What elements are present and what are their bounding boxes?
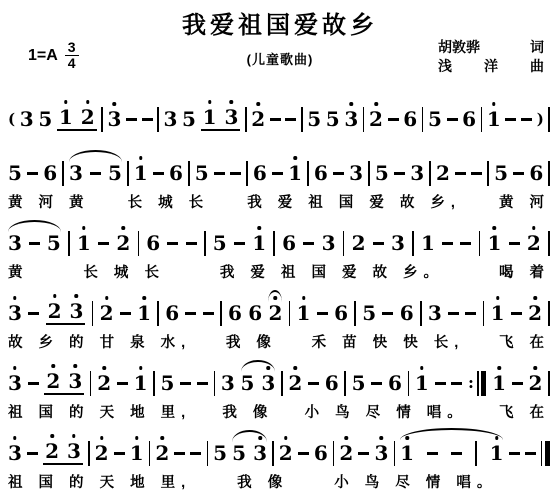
octave-dot <box>105 296 109 300</box>
barline <box>483 301 485 326</box>
note: 1 <box>134 373 148 393</box>
repeat-barline-thick <box>481 371 486 396</box>
note-number: 5 <box>182 107 196 131</box>
octave-dot <box>72 434 76 438</box>
octave-dot <box>496 296 500 300</box>
note-number: 2 <box>45 439 59 463</box>
octave-dot <box>350 102 354 106</box>
note: 1 <box>491 303 505 323</box>
repeat-barline-thin <box>477 371 479 396</box>
lyrics-segment: 喝 着 <box>499 261 550 282</box>
score-line-5: 32321535326561:12 祖 国 的 天 地 里,我 像小 鸟 尽 情… <box>8 358 550 422</box>
note: 3 <box>20 109 34 129</box>
barline <box>62 161 64 186</box>
note: 3 <box>322 233 336 253</box>
octave-dot <box>374 102 378 106</box>
duration-dash <box>442 242 453 245</box>
note-number: 5 <box>213 231 227 255</box>
note: 1 <box>490 443 504 463</box>
lyricist-row: 胡敦骅 词 <box>438 38 544 57</box>
note: 3 <box>410 163 424 183</box>
note: 1 <box>137 303 151 323</box>
octave-dot <box>230 100 234 104</box>
note-number: 1 <box>203 105 217 129</box>
duration-dash <box>298 452 309 455</box>
note: 5 <box>494 163 508 183</box>
note: 5 <box>108 163 122 183</box>
note: 2 <box>97 373 111 393</box>
note: 2 <box>95 443 109 463</box>
note: 1 <box>492 373 506 393</box>
lyrics-row: 黄长 城 长我 爱 祖 国 爱 故 乡。喝 着 <box>8 261 550 282</box>
duration-dash <box>234 242 245 245</box>
lyrics-segment: 我 爱 祖 国 爱 故 乡。 <box>220 261 444 282</box>
note: 5 <box>213 443 227 463</box>
barline <box>138 231 140 256</box>
note-number: 6 <box>400 301 414 325</box>
note: 1 <box>134 163 148 183</box>
barline <box>301 107 303 132</box>
barline <box>475 441 477 466</box>
repeat-dots: : <box>468 375 474 391</box>
barline <box>548 161 550 186</box>
barline <box>153 371 155 396</box>
duration-dash <box>455 172 466 175</box>
note-number: 3 <box>253 441 267 465</box>
octave-dot <box>13 436 17 440</box>
note-number: 3 <box>221 371 235 395</box>
note-number: 5 <box>108 161 122 185</box>
note: 6 <box>314 443 328 463</box>
note: 5 <box>307 109 321 129</box>
note: 5 <box>160 373 174 393</box>
lyrics-segment: 祖 国 的 天 地 里, <box>8 471 191 492</box>
note: 5 <box>326 109 340 129</box>
lyrics-segment: 黄 <box>8 261 29 282</box>
barline <box>548 231 550 256</box>
score-line-3: 35126516323112 黄长 城 长我 爱 祖 国 爱 故 乡。喝 着 <box>8 218 550 282</box>
slur-group: 53 <box>232 443 267 463</box>
note: 1 <box>421 233 435 253</box>
barline <box>281 371 283 396</box>
duration-dash <box>230 172 241 175</box>
note-number: 2 <box>436 161 450 185</box>
note-number: 2 <box>527 231 541 255</box>
note-number: 2 <box>528 301 542 325</box>
note: 6 <box>400 303 414 323</box>
note: 3 <box>70 301 84 321</box>
octave-dot <box>52 364 56 368</box>
notes-row: 323212553262311 <box>8 428 550 466</box>
note-number: 1 <box>491 301 505 325</box>
note: 2 <box>288 373 302 393</box>
note-number: 6 <box>43 161 57 185</box>
lyrics-segment: 我 像 <box>222 401 273 422</box>
note-number: 6 <box>462 107 476 131</box>
note: 1 <box>288 163 302 183</box>
note-number: 2 <box>81 105 95 129</box>
barline <box>487 161 489 186</box>
octave-dot <box>139 366 143 370</box>
duration-dash <box>509 452 520 455</box>
note-number: 3 <box>322 231 336 255</box>
note-number: 1 <box>288 161 302 185</box>
note-number: 6 <box>146 231 160 255</box>
note-number: 3 <box>8 441 22 465</box>
barline <box>92 301 94 326</box>
lyrics-segment: 我 像 <box>226 331 277 352</box>
octave-dot <box>284 436 288 440</box>
note-number: 2 <box>268 301 282 325</box>
note: 6 <box>169 163 183 183</box>
octave-dot <box>50 434 54 438</box>
note-number: 1 <box>421 231 435 255</box>
note: 6 <box>403 109 417 129</box>
lyrics-segment: 飞 在 <box>499 331 550 352</box>
beam-group: 12 <box>57 107 97 131</box>
octave-dot <box>267 366 271 370</box>
duration-dash <box>394 172 405 175</box>
duration-dash <box>197 382 208 385</box>
note: 5 <box>38 109 52 129</box>
note-number: 3 <box>8 301 22 325</box>
octave-dot <box>64 100 68 104</box>
note: 2 <box>369 109 383 129</box>
final-barline-thin <box>541 441 543 466</box>
duration-dash <box>471 172 482 175</box>
note: 5 <box>195 163 209 183</box>
octave-dot <box>135 436 139 440</box>
octave-dot <box>75 294 79 298</box>
parenthesis: ( <box>8 112 15 127</box>
duration-dash <box>90 172 101 175</box>
note-number: 2 <box>369 107 383 131</box>
octave-dot <box>113 102 117 106</box>
octave-dot <box>100 436 104 440</box>
duration-dash <box>153 172 164 175</box>
duration-dash <box>285 118 296 121</box>
beam-group: 23 <box>44 371 84 395</box>
note: 1 <box>297 303 311 323</box>
duration-dash <box>505 118 516 121</box>
composer-name-2: 洋 <box>484 57 498 76</box>
note-number: 5 <box>160 371 174 395</box>
note: 3 <box>108 109 122 129</box>
duration-dash <box>333 172 344 175</box>
duration-dash <box>521 118 532 121</box>
octave-dot <box>493 226 497 230</box>
note: 6 <box>228 303 242 323</box>
duration-dash <box>512 382 523 385</box>
composer-name-1: 浅 <box>438 57 452 76</box>
lyrics-row: 祖 国 的 天 地 里,我 像小 鸟 尽 情 唱。 <box>8 471 550 492</box>
note: 6 <box>146 233 160 253</box>
barline <box>548 371 550 396</box>
note-number: 1 <box>490 441 504 465</box>
note: 2 <box>116 233 130 253</box>
lyrics-segment: 我 爱 祖 国 爱 故 乡, <box>247 191 461 212</box>
barline <box>127 161 129 186</box>
note: 5 <box>375 163 389 183</box>
note-number: 1 <box>415 371 429 395</box>
note-number: 5 <box>47 231 61 255</box>
barline <box>289 301 291 326</box>
note-number: 1 <box>492 371 506 395</box>
duration-dash <box>180 382 191 385</box>
octave-dot <box>380 436 384 440</box>
duration-dash <box>142 118 153 121</box>
note-number: 3 <box>67 439 81 463</box>
duration-dash <box>513 172 524 175</box>
lyrics-row: 故 乡 的 甘 泉 水,我 像禾 苗 快 快 长,飞 在 <box>8 331 550 352</box>
note-number: 6 <box>403 107 417 131</box>
duration-dash <box>114 452 125 455</box>
note-number: 3 <box>108 107 122 131</box>
barline <box>420 301 422 326</box>
note-number: 3 <box>8 231 22 255</box>
note-number: 3 <box>163 107 177 131</box>
note-number: 5 <box>307 107 321 131</box>
duration-dash <box>358 452 369 455</box>
note: 3 <box>68 371 82 391</box>
octave-dot <box>142 296 146 300</box>
duration-dash <box>174 452 185 455</box>
octave-dot <box>102 366 106 370</box>
note-number: 1 <box>252 231 266 255</box>
duration-dash <box>435 382 446 385</box>
note: 3 <box>69 163 83 183</box>
octave-dot <box>345 436 349 440</box>
note: 3 <box>344 109 358 129</box>
note-number: 6 <box>314 161 328 185</box>
note: 5 <box>352 373 366 393</box>
notes-row: 35126516323112 <box>8 218 550 256</box>
note-number: 2 <box>279 441 293 465</box>
note-number: 1 <box>134 371 148 395</box>
barline <box>68 231 70 256</box>
note: 2 <box>268 303 282 323</box>
barline <box>207 441 209 466</box>
duration-dash <box>203 312 214 315</box>
note: 2 <box>100 303 114 323</box>
note: 5 <box>241 373 255 393</box>
octave-dot <box>293 156 297 160</box>
barline <box>149 441 151 466</box>
note-number: 3 <box>261 371 275 395</box>
note: 5 <box>8 163 22 183</box>
note: 6 <box>462 109 476 129</box>
duration-dash <box>371 382 382 385</box>
note: 2 <box>155 443 169 463</box>
note: 6 <box>529 163 543 183</box>
duration-dash <box>186 242 197 245</box>
note: 3 <box>8 303 22 323</box>
barline <box>88 441 90 466</box>
note-number: 3 <box>344 107 358 131</box>
note-number: 1 <box>297 301 311 325</box>
note: 5 <box>428 109 442 129</box>
note-number: 2 <box>46 369 60 393</box>
note-number: 5 <box>232 441 246 465</box>
note-number: 6 <box>228 301 242 325</box>
duration-dash <box>509 242 520 245</box>
score-line-4: 3232166621656312 故 乡 的 甘 泉 水,我 像禾 苗 快 快 … <box>8 288 550 352</box>
sheet-music-page: { "header": { "title": "我爱祖国爱故乡", "key_l… <box>0 0 560 497</box>
note-number: 2 <box>95 441 109 465</box>
octave-dot <box>420 366 424 370</box>
note: 1 <box>203 107 217 127</box>
barline <box>307 161 309 186</box>
note-number: 5 <box>352 371 366 395</box>
octave-dot <box>274 296 278 300</box>
duration-dash <box>465 312 476 315</box>
barline <box>548 107 550 132</box>
note: 3 <box>221 373 235 393</box>
barline <box>245 107 247 132</box>
lyrics-segment: 祖 国 的 天 地 里, <box>8 401 191 422</box>
note-number: 6 <box>253 161 267 185</box>
octave-dot <box>161 436 165 440</box>
barline <box>90 371 92 396</box>
duration-dash <box>451 382 462 385</box>
repeat-barline: : <box>468 371 486 396</box>
note-number: 3 <box>68 369 82 393</box>
score-line-6: 323212553262311 祖 国 的 天 地 里,我 像小 鸟 尽 情 唱… <box>8 428 550 492</box>
duration-dash <box>448 312 459 315</box>
note: 2 <box>436 163 450 183</box>
beam-group: 23 <box>43 441 83 465</box>
note: 1 <box>59 107 73 127</box>
duration-dash <box>525 452 536 455</box>
barline <box>204 231 206 256</box>
duration-dash <box>388 118 399 121</box>
note: 2 <box>339 443 353 463</box>
note-number: 3 <box>225 105 239 129</box>
lyrics-segment: 黄 河 <box>499 191 550 212</box>
duration-dash <box>270 118 281 121</box>
lyrics-segment: 黄 河 黄 <box>8 191 90 212</box>
barline <box>157 301 159 326</box>
lyrics-segment: 禾 苗 快 快 长, <box>312 331 465 352</box>
note-number: 6 <box>282 231 296 255</box>
duration-dash <box>167 242 178 245</box>
lyrics-row: 黄 河 黄长 城 长我 爱 祖 国 爱 故 乡,黄 河 <box>8 191 550 212</box>
note-number: 5 <box>326 107 340 131</box>
octave-dot <box>258 436 262 440</box>
note-number: 1 <box>487 107 501 131</box>
note-number: 3 <box>410 161 424 185</box>
octave-dot <box>53 294 57 298</box>
note-number: 5 <box>494 161 508 185</box>
note-number: 3 <box>375 441 389 465</box>
notes-row: 32321535326561:12 <box>8 358 550 396</box>
note: 5 <box>213 233 227 253</box>
beam-group: 13 <box>201 107 241 131</box>
note: 2 <box>352 233 366 253</box>
octave-dot <box>82 226 86 230</box>
score-line-1: (351233513255326561) <box>8 94 550 132</box>
note-number: 3 <box>70 299 84 323</box>
note: 5 <box>362 303 376 323</box>
octave-dot <box>13 366 17 370</box>
note: 1 <box>77 233 91 253</box>
notes-row: 5635165616353256 <box>8 148 550 186</box>
lyrics-segment: 小 鸟 尽 情 唱。 <box>334 471 497 492</box>
composer-row: 浅 洋 曲 <box>438 57 544 76</box>
note: 6 <box>165 303 179 323</box>
barline <box>343 231 345 256</box>
note-number: 6 <box>314 441 328 465</box>
barline <box>412 231 414 256</box>
composer-role: 曲 <box>530 57 544 76</box>
note: 1 <box>487 233 501 253</box>
note-number: 1 <box>59 105 73 129</box>
note-number: 5 <box>195 161 209 185</box>
note-number: 5 <box>38 107 52 131</box>
note-number: 3 <box>8 371 22 395</box>
notes-row: (351233513255326561) <box>8 94 550 132</box>
duration-dash <box>98 242 109 245</box>
note: 5 <box>182 109 196 129</box>
lyrics-row: 祖 国 的 天 地 里,我 像小 鸟 尽 情 唱。飞 在 <box>8 401 550 422</box>
note: 2 <box>279 443 293 463</box>
duration-dash <box>308 382 319 385</box>
barline <box>101 107 103 132</box>
note-number: 2 <box>352 231 366 255</box>
barline <box>157 107 159 132</box>
note-number: 2 <box>116 231 130 255</box>
lyricist-role: 词 <box>530 38 544 57</box>
duration-dash <box>27 172 38 175</box>
barline <box>333 441 335 466</box>
song-title: 我爱祖国爱故乡 <box>0 5 560 40</box>
octave-dot <box>497 366 501 370</box>
slur-group: 35 <box>8 233 61 253</box>
lyrics-segment: 我 像 <box>237 471 288 492</box>
note: 1 <box>415 373 429 393</box>
note: 3 <box>428 303 442 323</box>
octave-dot <box>122 226 126 230</box>
barline <box>273 231 275 256</box>
note: 6 <box>334 303 348 323</box>
octave-dot <box>405 436 409 440</box>
lyrics-segment: 小 鸟 尽 情 唱。 <box>305 401 468 422</box>
note-number: 1 <box>487 231 501 255</box>
note: 6 <box>388 373 402 393</box>
note-number: 1 <box>400 441 414 465</box>
octave-dot <box>532 226 536 230</box>
duration-dash <box>382 312 393 315</box>
note-number: 5 <box>362 301 376 325</box>
note: 2 <box>528 303 542 323</box>
duration-dash <box>511 312 522 315</box>
parenthesis: ) <box>537 112 544 127</box>
note-number: 2 <box>251 107 265 131</box>
barline <box>220 301 222 326</box>
barline <box>481 107 483 132</box>
note: 6 <box>253 163 267 183</box>
note: 1 <box>400 443 414 463</box>
duration-dash <box>28 312 39 315</box>
octave-dot <box>534 366 538 370</box>
note: 3 <box>163 109 177 129</box>
duration-dash <box>447 118 458 121</box>
duration-dash <box>126 118 137 121</box>
barline <box>344 371 346 396</box>
note-number: 2 <box>155 441 169 465</box>
barline <box>246 161 248 186</box>
note-number: 1 <box>137 301 151 325</box>
